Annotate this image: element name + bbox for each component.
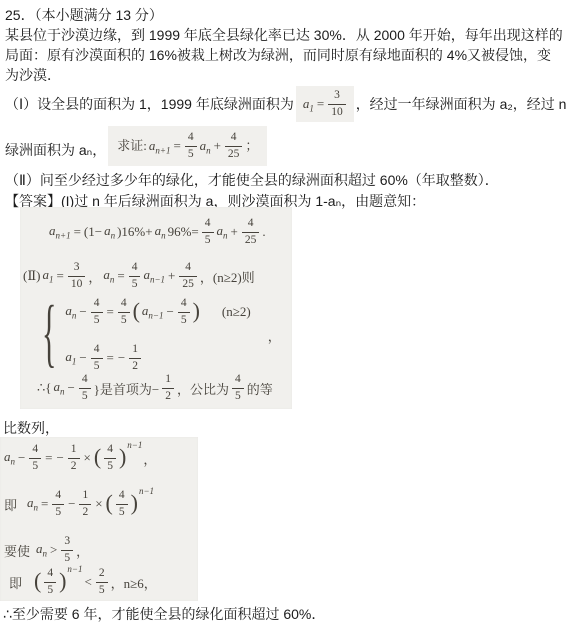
- conclusion-line: ∴至少需要 6 年，才能使全县的绿化面积超过 60%．: [3, 604, 325, 624]
- problem-intro: 某县位于沙漠边缘，到 1999 年底全县绿化率已达 30%．从 2000 年开始…: [5, 25, 563, 85]
- inline-formula-a1: a1=310: [296, 86, 354, 122]
- system-row-2: a1−45=−12: [64, 343, 251, 373]
- formula-recurrence-derivation: an+1=(1−an)16%+an96%=45an+425.: [48, 217, 267, 247]
- document-page: 25．（本小题满分 13 分） 某县位于沙漠边缘，到 1999 年底全县绿化率已…: [0, 0, 568, 628]
- formula-target-inequality: 要使an>35，: [3, 535, 90, 565]
- equation-system: { an−45=45(an−1−45)(n≥2) a1−45=−12 ，: [42, 297, 281, 373]
- scanned-formula-block-2: an−45=−12×(45)n−1， 即an=45−12×(45)n−1 要使a…: [0, 437, 198, 601]
- formula-solve-inequality: 即(45)n−1<25，n≥6，: [8, 567, 158, 597]
- system-brace: {: [42, 297, 56, 374]
- formula-part2-setup: (Ⅱ)a1=310，an=45an−1+425，(n≥2)则: [22, 261, 256, 291]
- formula-geometric-conclusion: ∴{an−45}是首项为−12，公比为45的等: [36, 373, 274, 403]
- part1-text-before: （Ⅰ）设全县的面积为 1，1999 年底绿洲面积为: [5, 94, 294, 114]
- system-row-1: an−45=45(an−1−45)(n≥2): [64, 297, 251, 327]
- scanned-formula-block-1: an+1=(1−an)16%+an96%=45an+425. (Ⅱ)a1=310…: [20, 207, 292, 409]
- system-comma: ，: [268, 326, 281, 345]
- part1-line: （Ⅰ）设全县的面积为 1，1999 年底绿洲面积为 a1=310 ，经过一年绿洲…: [5, 86, 568, 122]
- to-prove-formula: 求证:an+1=45an+425；: [108, 126, 267, 166]
- part1-line2-label: 绿洲面积为 aₙ，: [5, 140, 106, 160]
- part1-text-after: ，经过一年绿洲面积为 a₂，经过 n 年: [356, 94, 568, 114]
- problem-number-line: 25．（本小题满分 13 分）: [5, 5, 163, 25]
- part2-line: （Ⅱ）问至少经过多少年的绿化，才能使全县的绿洲面积超过 60%（年取整数）．: [5, 170, 499, 190]
- part1-line2: 绿洲面积为 aₙ， 求证:an+1=45an+425；: [5, 126, 269, 166]
- geometric-text: 比数列，: [3, 418, 59, 438]
- formula-general-term: 即an=45−12×(45)n−1: [3, 489, 154, 519]
- system-rows: an−45=45(an−1−45)(n≥2) a1−45=−12: [64, 297, 251, 373]
- formula-general-term-step: an−45=−12×(45)n−1，: [3, 443, 157, 473]
- page-root: { "colors": { "page_bg": "#ffffff", "tex…: [0, 0, 568, 628]
